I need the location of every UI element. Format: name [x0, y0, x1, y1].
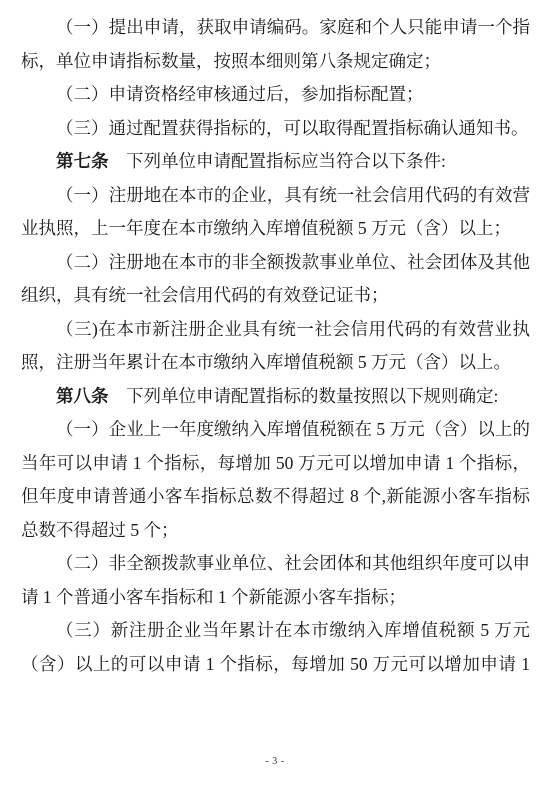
text-line: （三)在本市新注册企业具有统一社会信用代码的有效营业执 [21, 313, 530, 347]
article-7-number: 第七条 [56, 151, 109, 171]
text-line: 标，单位申请指标数量，按照本细则第八条规定确定； [21, 45, 530, 79]
text-line: 照，注册当年累计在本市缴纳入库增值税额 5 万元（含）以上。 [21, 346, 530, 380]
text-line: （一）提出申请，获取申请编码。家庭和个人只能申请一个指 [21, 11, 530, 45]
text-line: （三）新注册企业当年累计在本市缴纳入库增值税额 5 万元 [21, 614, 530, 648]
text-line: （二）非全额拨款事业单位、社会团体和其他组织年度可以申 [21, 547, 530, 581]
text-line: （三）通过配置获得指标的，可以取得配置指标确认通知书。 [21, 112, 530, 146]
text-line: 请 1 个普通小客车指标和 1 个新能源小客车指标； [21, 581, 530, 615]
text-line: （含）以上的可以申请 1 个指标，每增加 50 万元可以增加申请 1 [21, 648, 530, 682]
page-number: - 3 - [0, 755, 550, 769]
text-line: 总数不得超过 5 个； [21, 514, 530, 548]
text-line: 当年可以申请 1 个指标，每增加 50 万元可以增加申请 1 个指标， [21, 447, 530, 481]
article-7-text: 下列单位申请配置指标应当符合以下条件: [109, 151, 446, 171]
text-line: 业执照，上一年度在本市缴纳入库增值税额 5 万元（含）以上； [21, 212, 530, 246]
text-line: （一）企业上一年度缴纳入库增值税额在 5 万元（含）以上的 [21, 413, 530, 447]
text-line: 但年度申请普通小客车指标总数不得超过 8 个,新能源小客车指标 [21, 480, 530, 514]
text-line: （一）注册地在本市的企业，具有统一社会信用代码的有效营 [21, 179, 530, 213]
document-page: （一）提出申请，获取申请编码。家庭和个人只能申请一个指 标，单位申请指标数量，按… [0, 0, 550, 785]
article-8-number: 第八条 [56, 386, 109, 406]
text-line: （二）申请资格经审核通过后，参加指标配置； [21, 78, 530, 112]
text-line: （二）注册地在本市的非全额拨款事业单位、社会团体及其他 [21, 246, 530, 280]
article-8-text: 下列单位申请配置指标的数量按照以下规则确定: [109, 386, 499, 406]
page-body: （一）提出申请，获取申请编码。家庭和个人只能申请一个指 标，单位申请指标数量，按… [21, 11, 530, 681]
text-line: 组织，具有统一社会信用代码的有效登记证书； [21, 279, 530, 313]
article-7-heading: 第七条 下列单位申请配置指标应当符合以下条件: [21, 145, 530, 179]
article-8-heading: 第八条 下列单位申请配置指标的数量按照以下规则确定: [21, 380, 530, 414]
